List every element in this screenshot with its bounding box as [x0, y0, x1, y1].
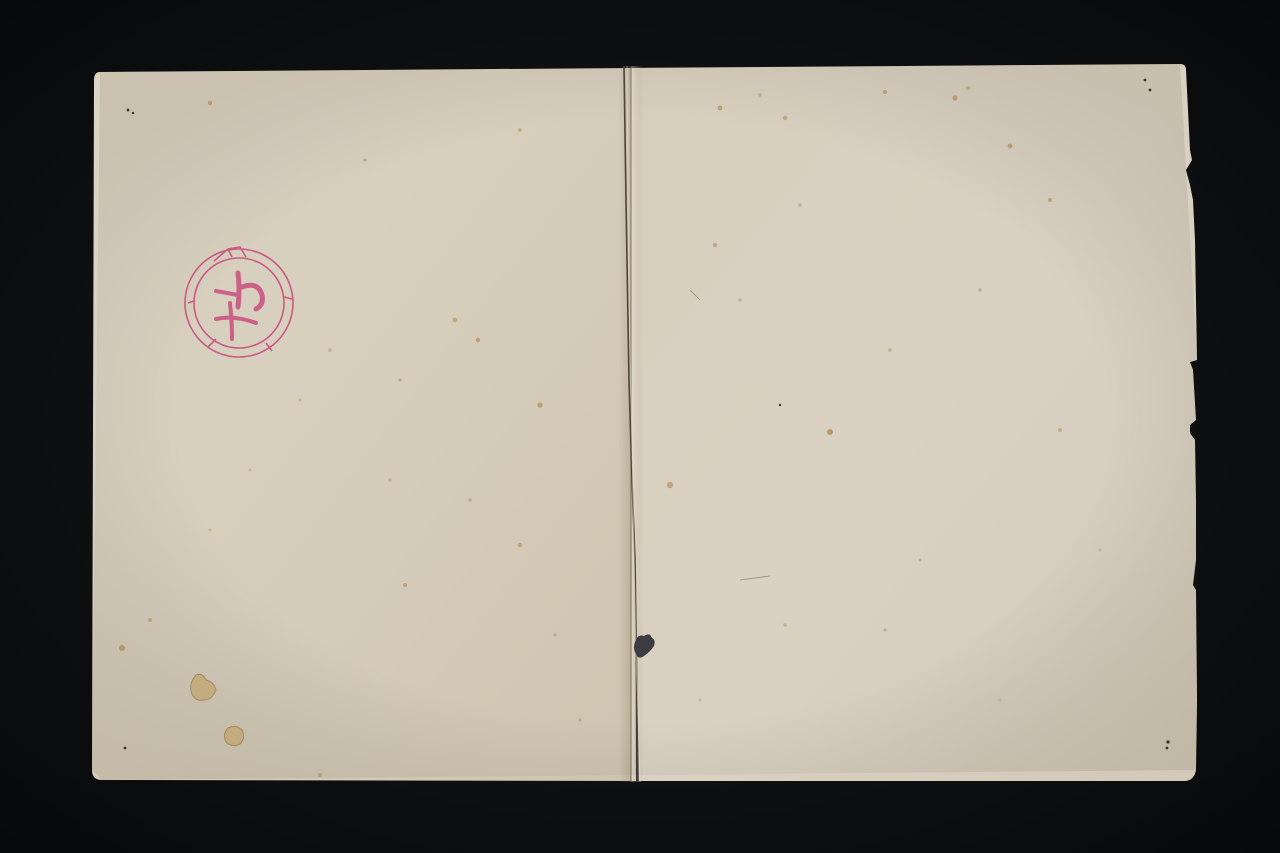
- stamp-character: ケ: [180, 243, 196, 247]
- paper-graphic: [0, 0, 1280, 853]
- center-fold: [618, 66, 644, 782]
- stamp-graphic: ケ: [180, 243, 298, 361]
- red-seal-stamp: ケ: [180, 243, 298, 361]
- photo-scene: ケ: [0, 0, 1280, 853]
- paper-sheet: ケ: [0, 0, 1280, 853]
